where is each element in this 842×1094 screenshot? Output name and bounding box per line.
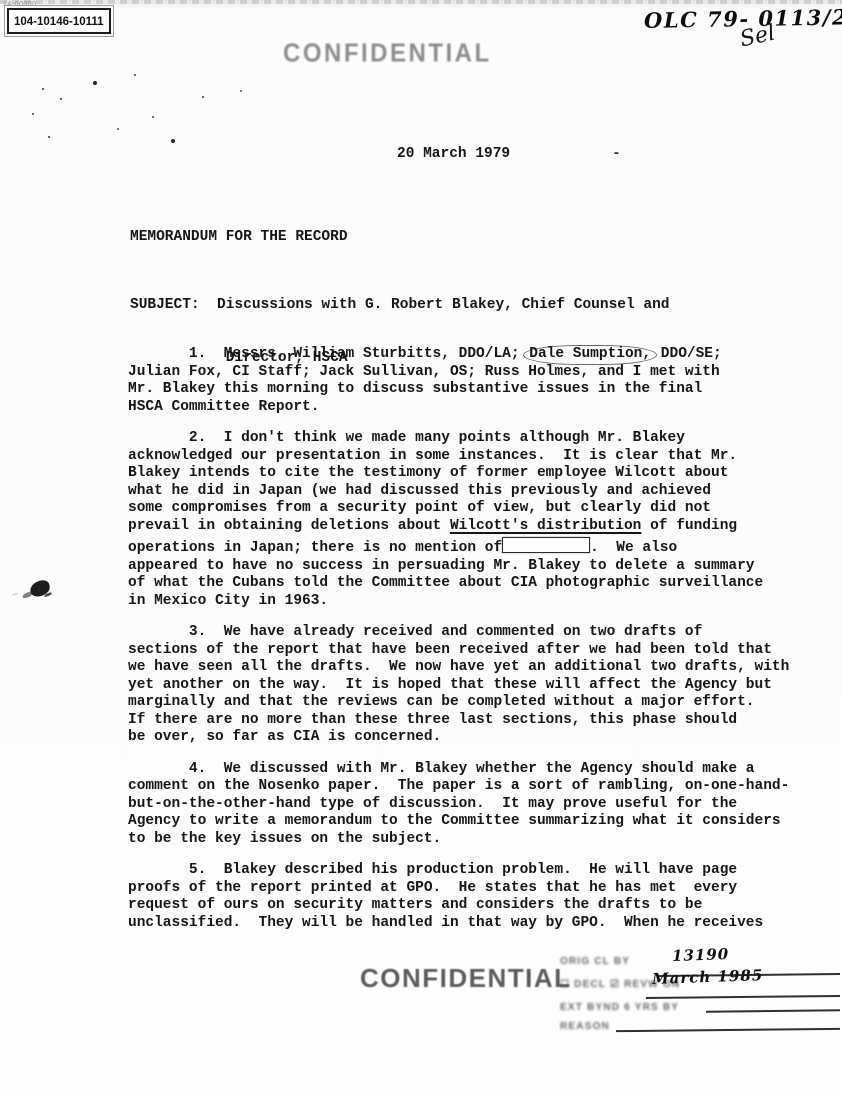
text-segment: DDO/SE;	[652, 346, 722, 362]
text-line: be over, so far as CIA is concerned.	[128, 729, 832, 747]
text-line: HSCA Committee Report.	[128, 399, 832, 417]
micro-header-text: 14-00000	[3, 1, 37, 8]
text-line: If there are no more than these three la…	[128, 712, 832, 730]
ink-smudge	[28, 579, 51, 599]
classification-stamp: ORIG CL BY 13190 ☐ DECL ☑ REVW ON March …	[558, 948, 842, 1042]
text-line: comment on the Nosenko paper. The paper …	[128, 778, 832, 796]
confidential-stamp-top: CONFIDENTIAL	[283, 39, 492, 69]
decl-revw-value-handwritten: March 1985	[652, 966, 764, 988]
text-line: in Mexico City in 1963.	[128, 593, 832, 611]
text-line: 1. Messrs. William Sturbitts, DDO/LA; Da…	[128, 346, 832, 364]
underlined-text: Wilcott's distribution	[450, 518, 641, 534]
pencil-circled-text: Dale Sumption,	[523, 345, 657, 365]
text-segment: operations in Japan; there is no mention…	[128, 540, 502, 556]
text-segment: prevail in obtaining deletions about	[128, 518, 450, 534]
text-line: 3. We have already received and commente…	[128, 624, 832, 642]
text-line: of what the Cubans told the Committee ab…	[128, 575, 832, 593]
text-line: operations in Japan; there is no mention…	[128, 535, 832, 558]
paragraph: 1. Messrs. William Sturbitts, DDO/LA; Da…	[128, 346, 832, 416]
stamp-rule-line	[616, 1028, 840, 1032]
text-line: Julian Fox, CI Staff; Jack Sullivan, OS;…	[128, 364, 832, 382]
stamp-rule-line	[646, 995, 840, 999]
text-segment: . We also	[590, 540, 677, 556]
text-line: prevail in obtaining deletions about Wil…	[128, 518, 832, 536]
scan-speckles	[42, 88, 44, 90]
text-line: proofs of the report printed at GPO. He …	[128, 880, 832, 898]
text-line: to be the key issues on the subject.	[128, 831, 832, 849]
paragraph: 2. I don't think we made many points alt…	[128, 430, 832, 610]
scan-artifact-top-edge	[0, 0, 842, 4]
text-line: Agency to write a memorandum to the Comm…	[128, 813, 832, 831]
scan-dash-mark: -	[612, 146, 621, 164]
subject-line-1: SUBJECT: Discussions with G. Robert Blak…	[130, 297, 670, 315]
text-line: 2. I don't think we made many points alt…	[128, 430, 832, 448]
text-line: but-on-the-other-hand type of discussion…	[128, 796, 832, 814]
memo-date: 20 March 1979	[397, 146, 510, 164]
memo-title: MEMORANDUM FOR THE RECORD	[130, 229, 348, 247]
text-line: acknowledged our presentation in some in…	[128, 448, 832, 466]
text-line: appeared to have no success in persuadin…	[128, 558, 832, 576]
paragraph: 4. We discussed with Mr. Blakey whether …	[128, 761, 832, 849]
ext-bynd-label: EXT BYND 6 YRS BY	[560, 1002, 679, 1013]
text-line: marginally and that the reviews can be c…	[128, 694, 832, 712]
text-line: Mr. Blakey this morning to discuss subst…	[128, 381, 832, 399]
memo-body: 1. Messrs. William Sturbitts, DDO/LA; Da…	[128, 346, 832, 946]
text-segment: of funding	[641, 518, 737, 534]
document-page: 14-00000 104-10146-10111 OLC 79- 0113/24…	[0, 0, 842, 1094]
text-line: we have seen all the drafts. We now have…	[128, 659, 832, 677]
text-line: Blakey intends to cite the testimony of …	[128, 465, 832, 483]
text-line: sections of the report that have been re…	[128, 642, 832, 660]
record-id: 104-10146-10111	[14, 16, 104, 28]
stamp-rule-line	[706, 1009, 840, 1012]
text-line: request of ours on security matters and …	[128, 897, 832, 915]
record-id-box: 104-10146-10111	[7, 8, 111, 34]
text-line: 4. We discussed with Mr. Blakey whether …	[128, 761, 832, 779]
orig-cl-value-handwritten: 13190	[672, 945, 730, 965]
text-line: unclassified. They will be handled in th…	[128, 915, 832, 933]
text-segment: 1. Messrs. William Sturbitts, DDO/LA;	[128, 346, 528, 362]
redaction-box	[502, 537, 590, 553]
text-line: what he did in Japan (we had discussed t…	[128, 483, 832, 501]
paragraph: 5. Blakey described his production probl…	[128, 862, 832, 932]
reason-label: REASON	[560, 1021, 610, 1032]
text-line: some compromises from a security point o…	[128, 500, 832, 518]
text-line: 5. Blakey described his production probl…	[128, 862, 832, 880]
confidential-stamp-bottom: CONFIDENTIAL	[360, 963, 572, 994]
paragraph: 3. We have already received and commente…	[128, 624, 832, 747]
text-line: yet another on the way. It is hoped that…	[128, 677, 832, 695]
orig-cl-label: ORIG CL BY	[560, 956, 630, 967]
